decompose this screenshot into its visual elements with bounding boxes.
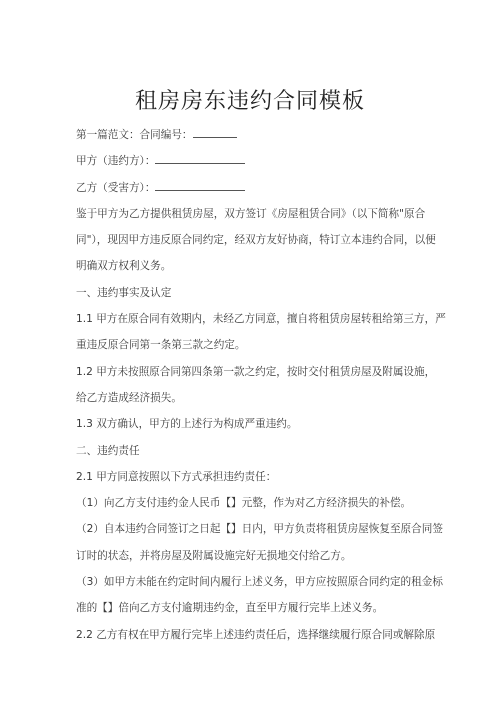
- clause-line: 1.2 甲方未按照原合同第四条第一款之约定，按时交付租赁房屋及附属设施，: [76, 363, 436, 389]
- clause-line: 2.2 乙方有权在甲方履行完毕上述违约责任后，选择继续履行原合同或解除原: [76, 626, 436, 652]
- clause-line: 2.1 甲方同意按照以下方式承担违约责任：: [76, 468, 436, 494]
- section-heading: 一、违约事实及认定: [76, 284, 436, 310]
- contract-number-blank[interactable]: [193, 127, 237, 138]
- party-b-line: 乙方（受害方）：: [76, 179, 436, 205]
- party-a-blank[interactable]: [155, 153, 245, 164]
- clause-line: （2）自本违约合同签订之日起【】日内，甲方负责将租赁房屋恢复至原合同签: [76, 520, 436, 546]
- document-body: 第一篇范文：合同编号： 甲方（违约方）： 乙方（受害方）： 鉴于甲方为乙方提供租…: [76, 126, 436, 652]
- party-a-line: 甲方（违约方）：: [76, 152, 436, 178]
- party-b-blank[interactable]: [155, 180, 245, 191]
- paragraph-line: 明确双方权利义务。: [76, 257, 436, 283]
- party-b-label: 乙方（受害方）：: [76, 182, 155, 194]
- contract-number-line: 第一篇范文：合同编号：: [76, 126, 436, 152]
- clause-line: （3）如甲方未能在约定时间内履行上述义务，甲方应按照原合同约定的租金标: [76, 573, 436, 599]
- document-title: 租房房东违约合同模板: [0, 84, 500, 115]
- party-a-label: 甲方（违约方）：: [76, 155, 155, 167]
- clause-line: 准的【】倍向乙方支付逾期违约金，直至甲方履行完毕上述义务。: [76, 599, 436, 625]
- paragraph-line: 同"），现因甲方违反原合同约定，经双方友好协商，特订立本违约合同，以便: [76, 231, 436, 257]
- clause-line: 给乙方造成经济损失。: [76, 389, 436, 415]
- section-heading: 二、违约责任: [76, 442, 436, 468]
- clause-line: 订时的状态，并将房屋及附属设施完好无损地交付给乙方。: [76, 547, 436, 573]
- clause-line: 重违反原合同第一条第三款之约定。: [76, 336, 436, 362]
- clause-line: 1.3 双方确认，甲方的上述行为构成严重违约。: [76, 415, 436, 441]
- contract-number-label: 第一篇范文：合同编号：: [76, 129, 193, 141]
- clause-line: 1.1 甲方在原合同有效期内，未经乙方同意，擅自将租赁房屋转租给第三方，严: [76, 310, 436, 336]
- paragraph-line: 鉴于甲方为乙方提供租赁房屋，双方签订《房屋租赁合同》（以下简称"原合: [76, 205, 436, 231]
- clause-line: （1）向乙方支付违约金人民币【】元整，作为对乙方经济损失的补偿。: [76, 494, 436, 520]
